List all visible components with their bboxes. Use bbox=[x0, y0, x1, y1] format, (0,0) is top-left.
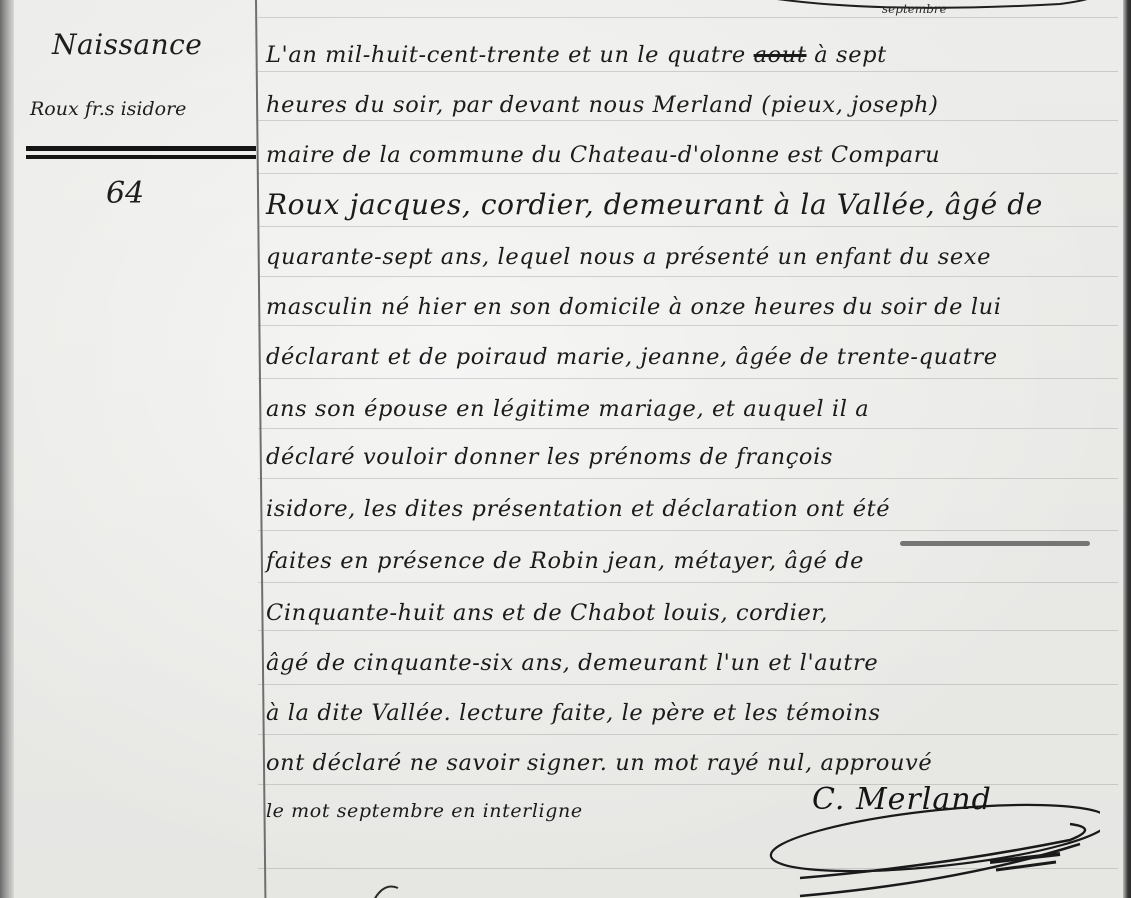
margin-record-type: Naissance bbox=[52, 28, 202, 61]
body-line: masculin né hier en son domicile à onze … bbox=[266, 294, 1002, 334]
signature-text: C. Merland bbox=[812, 782, 992, 817]
struck-word: aout bbox=[754, 42, 807, 68]
page-edge-shadow bbox=[1123, 0, 1131, 898]
body-line: Cinquante-huit ans et de Chabot louis, c… bbox=[266, 600, 828, 640]
body-line: âgé de cinquante-six ans, demeurant l'un… bbox=[266, 650, 878, 690]
body-line: déclaré vouloir donner les prénoms de fr… bbox=[266, 444, 833, 484]
interlinear-note: septembre bbox=[882, 2, 947, 16]
body-line: le mot septembre en interligne bbox=[266, 800, 583, 840]
margin-rule bbox=[255, 0, 266, 898]
entry-number: 64 bbox=[106, 176, 144, 211]
body-line: ans son épouse en légitime mariage, et a… bbox=[266, 396, 869, 436]
body-line: heures du soir, par devant nous Merland … bbox=[266, 92, 938, 132]
body-line: à la dite Vallée. lecture faite, le père… bbox=[266, 700, 881, 740]
document-page: Naissance Roux fr.s isidore 64 septembre… bbox=[0, 0, 1131, 898]
margin-subject-name: Roux fr.s isidore bbox=[30, 98, 186, 120]
smudge-mark bbox=[900, 541, 1090, 546]
body-line: maire de la commune du Chateau-d'olonne … bbox=[266, 142, 940, 182]
body-line: déclarant et de poiraud marie, jeanne, â… bbox=[266, 344, 998, 384]
ruled-line bbox=[258, 17, 1118, 18]
body-line: isidore, les dites présentation et décla… bbox=[266, 496, 890, 536]
mayor-signature: C. Merland bbox=[740, 778, 1100, 898]
binding-shadow bbox=[0, 0, 14, 898]
entry-separator bbox=[26, 146, 256, 160]
body-line: L'an mil-huit-cent-trente et un le quatr… bbox=[266, 42, 887, 82]
next-entry-flourish bbox=[370, 880, 430, 898]
body-line: quarante-sept ans, lequel nous a présent… bbox=[266, 244, 991, 284]
body-line: Roux jacques, cordier, demeurant à la Va… bbox=[266, 188, 1043, 228]
body-line: faites en présence de Robin jean, métaye… bbox=[266, 548, 864, 588]
